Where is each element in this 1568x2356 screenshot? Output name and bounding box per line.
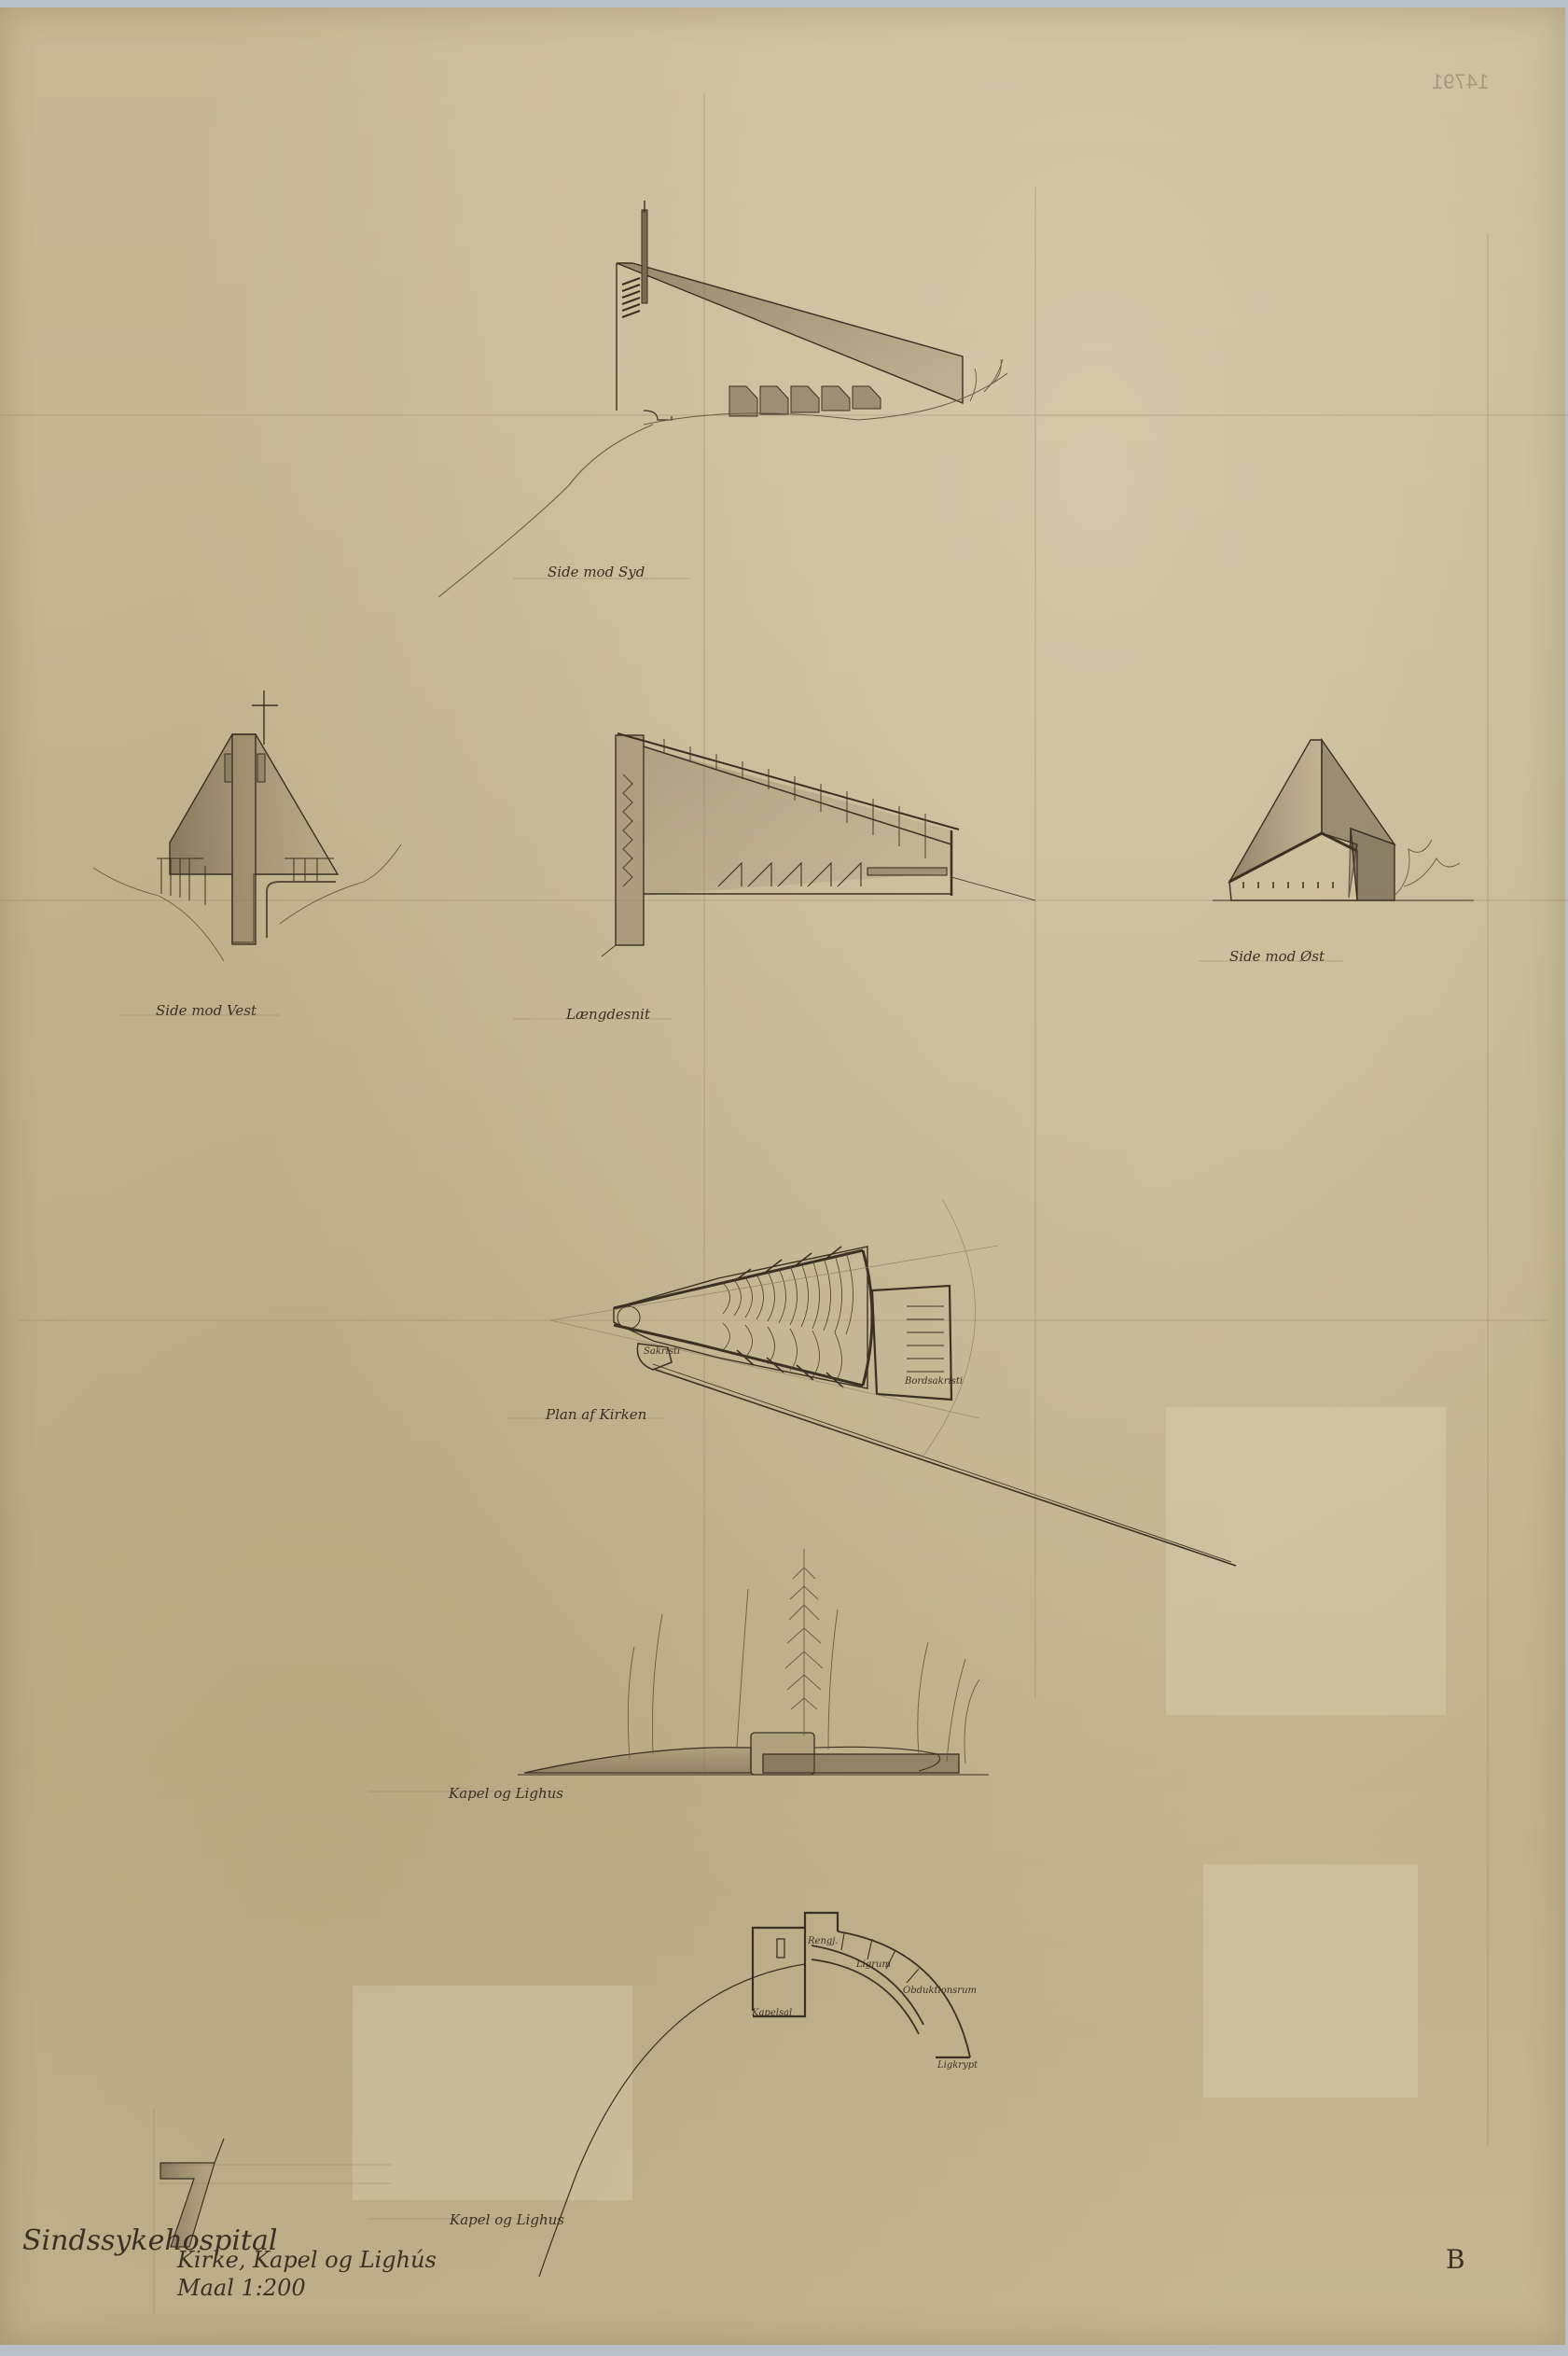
architectural-drawings (0, 0, 1568, 2356)
caption-chapel-elevation: Kapel og Lighus (449, 1785, 563, 1802)
chapel-elevation-drawing (518, 1549, 989, 1775)
caption-longitudinal-section: Længdesnit (566, 1006, 650, 1023)
sheet-subject: Kirke, Kapel og Lighús (177, 2247, 437, 2273)
caption-chapel-plan: Kapel og Lighus (450, 2211, 564, 2228)
room-label-obduktionsrum: Obduktionsrum (903, 1986, 977, 1996)
elevation-east-drawing (1213, 740, 1474, 900)
room-label-rengj: Rengj. (808, 1936, 839, 1946)
caption-elevation-east: Side mod Øst (1229, 948, 1325, 965)
room-label-ligkrypt: Ligkrypt (937, 2060, 978, 2070)
caption-church-plan: Plan af Kirken (546, 1406, 646, 1423)
construction-lines (0, 93, 1568, 2314)
room-label-sakristi: Sakristi (644, 1346, 680, 1357)
elevation-south-drawing (438, 201, 1007, 597)
church-plan-drawing (550, 1199, 1236, 1566)
room-label-kapelsal: Kapelsal (752, 2008, 792, 2018)
longitudinal-section-drawing (602, 733, 1035, 956)
caption-elevation-south: Side mod Syd (548, 564, 645, 580)
corner-mark: B (1446, 2244, 1465, 2275)
caption-elevation-west: Side mod Vest (156, 1002, 257, 1019)
scale-label: Maal 1:200 (177, 2275, 306, 2301)
room-label-bordsakristi: Bordsakristi (905, 1376, 963, 1387)
elevation-west-drawing (93, 690, 401, 961)
reverse-marking: 14791 (1432, 70, 1489, 94)
room-label-ligrum: Ligrum (856, 1959, 891, 1970)
chapel-plan-drawing (539, 1913, 970, 2277)
